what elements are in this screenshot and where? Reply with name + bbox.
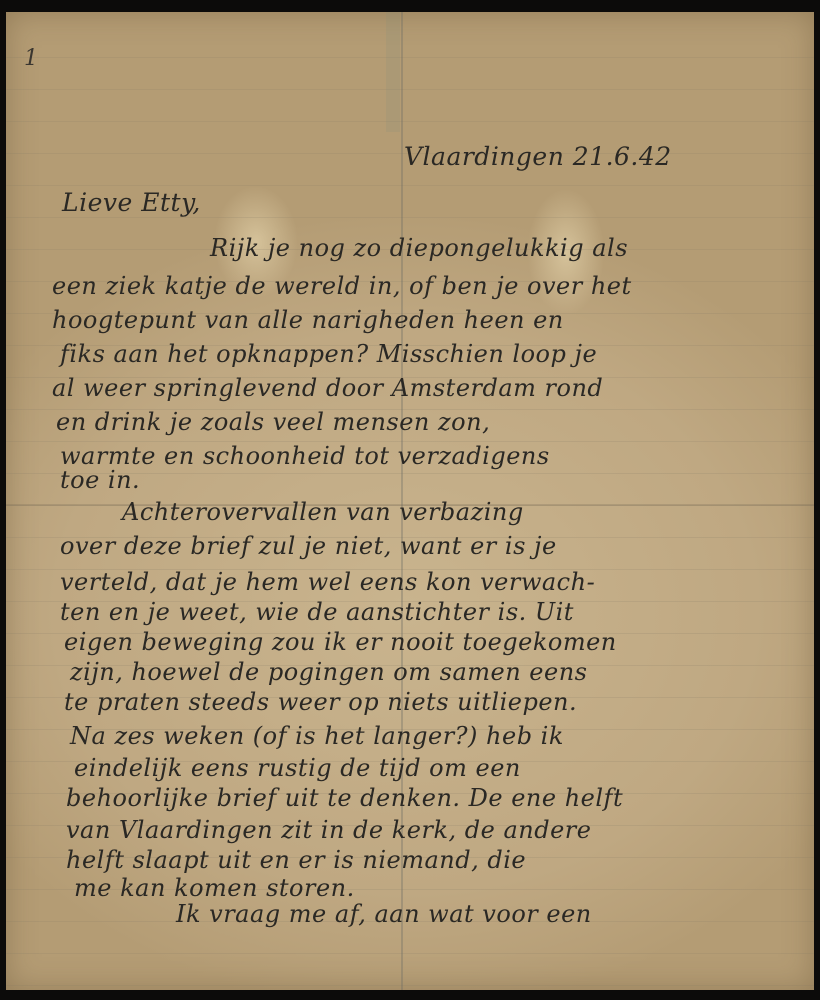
letter-line: zijn, hoewel de pogingen om samen eens <box>70 658 587 686</box>
letter-line: over deze brief zul je niet, want er is … <box>60 532 557 560</box>
letter-line: te praten steeds weer op niets uitliepen… <box>64 688 577 716</box>
place-and-date: Vlaardingen 21.6.42 <box>404 142 672 171</box>
page-marker: 1 <box>24 46 38 71</box>
letter-line: helft slaapt uit en er is niemand, die <box>66 846 526 874</box>
letter-page: 1 Vlaardingen 21.6.42 Lieve Etty, Rijk j… <box>6 12 814 990</box>
letter-line: van Vlaardingen zit in de kerk, de ander… <box>66 816 591 844</box>
letter-line: een ziek katje de wereld in, of ben je o… <box>52 272 632 300</box>
letter-line: Ik vraag me af, aan wat voor een <box>176 900 592 928</box>
letter-line: eigen beweging zou ik er nooit toegekome… <box>64 628 617 656</box>
letter-line: fiks aan het opknappen? Misschien loop j… <box>60 340 597 368</box>
letter-line: eindelijk eens rustig de tijd om een <box>74 754 521 782</box>
letter-line: al weer springlevend door Amsterdam rond <box>52 374 603 402</box>
stain-band <box>386 12 400 132</box>
letter-line: verteld, dat je hem wel eens kon verwach… <box>60 568 595 596</box>
letter-line: ten en je weet, wie de aanstichter is. U… <box>60 598 574 626</box>
salutation: Lieve Etty, <box>62 188 201 217</box>
letter-line: me kan komen storen. <box>74 874 355 902</box>
letter-line: Achterovervallen van verbazing <box>122 498 524 526</box>
letter-line: en drink je zoals veel mensen zon, <box>56 408 490 436</box>
letter-line: Rijk je nog zo diepongelukkig als <box>210 234 628 262</box>
letter-line: toe in. <box>60 466 140 494</box>
letter-line: behoorlijke brief uit te denken. De ene … <box>66 784 623 812</box>
letter-line: Na zes weken (of is het langer?) heb ik <box>70 722 564 750</box>
letter-line: hoogtepunt van alle narigheden heen en <box>52 306 564 334</box>
